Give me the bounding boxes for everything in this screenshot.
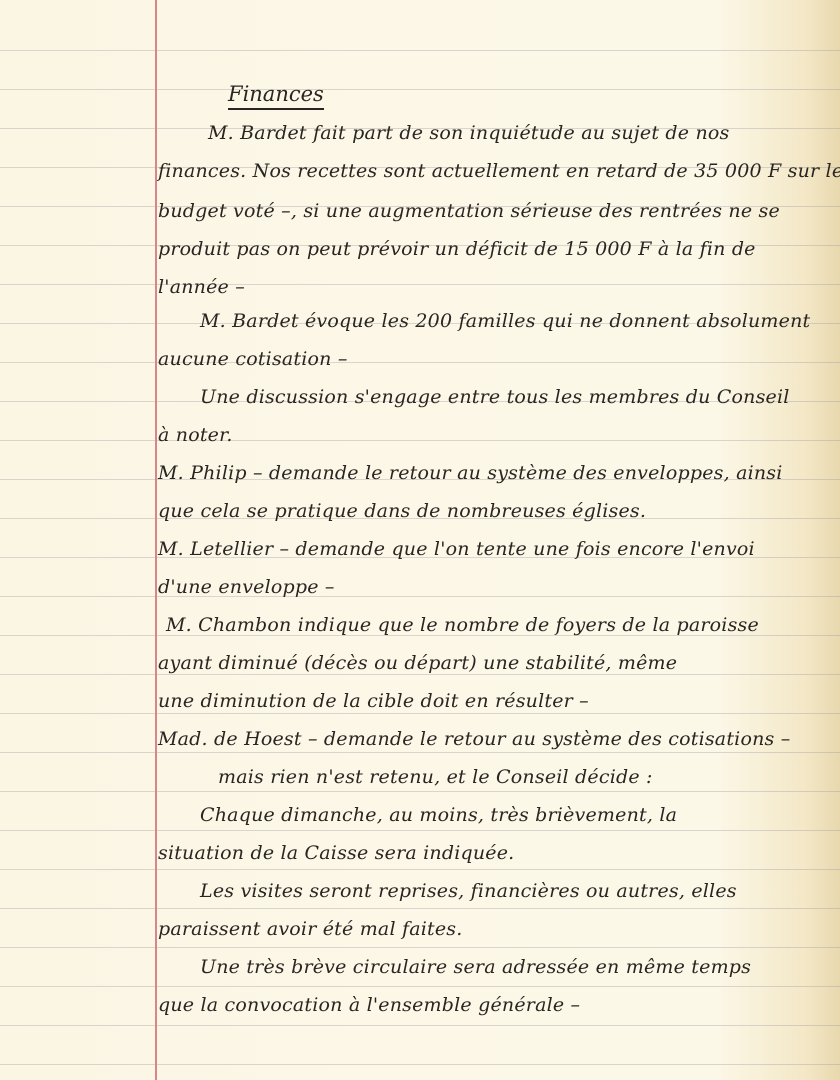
text-line: une diminution de la cible doit en résul… xyxy=(158,690,589,712)
text-line: produit pas on peut prévoir un déficit d… xyxy=(158,238,756,260)
text-line: à noter. xyxy=(158,424,233,446)
text-line: Chaque dimanche, au moins, très brièveme… xyxy=(200,804,677,826)
text-line: M. Chambon indique que le nombre de foye… xyxy=(166,614,759,636)
text-line: Une très brève circulaire sera adressée … xyxy=(200,956,751,978)
text-line: M. Letellier – demande que l'on tente un… xyxy=(158,538,755,560)
text-line: d'une enveloppe – xyxy=(158,576,335,598)
text-line: M. Bardet fait part de son inquiétude au… xyxy=(208,122,730,144)
text-line: paraissent avoir été mal faites. xyxy=(158,918,462,940)
text-line: que la convocation à l'ensemble générale… xyxy=(158,994,580,1016)
text-line: M. Bardet évoque les 200 familles qui ne… xyxy=(200,310,810,332)
red-margin-line xyxy=(155,0,157,1080)
text-line: Une discussion s'engage entre tous les m… xyxy=(200,386,790,408)
text-line: budget voté –, si une augmentation série… xyxy=(158,200,780,222)
handwritten-page: Finances M. Bardet fait part de son inqu… xyxy=(158,0,840,1080)
text-line: M. Philip – demande le retour au système… xyxy=(158,462,783,484)
section-title: Finances xyxy=(228,82,324,110)
text-line: situation de la Caisse sera indiquée. xyxy=(158,842,514,864)
text-line: finances. Nos recettes sont actuellement… xyxy=(158,160,840,182)
text-line: Mad. de Hoest – demande le retour au sys… xyxy=(158,728,790,750)
text-line: l'année – xyxy=(158,276,245,298)
text-line: Les visites seront reprises, financières… xyxy=(200,880,737,902)
text-line: mais rien n'est retenu, et le Conseil dé… xyxy=(218,766,653,788)
text-line: ayant diminué (décès ou départ) une stab… xyxy=(158,652,677,674)
text-line: aucune cotisation – xyxy=(158,348,348,370)
text-line: que cela se pratique dans de nombreuses … xyxy=(158,500,646,522)
